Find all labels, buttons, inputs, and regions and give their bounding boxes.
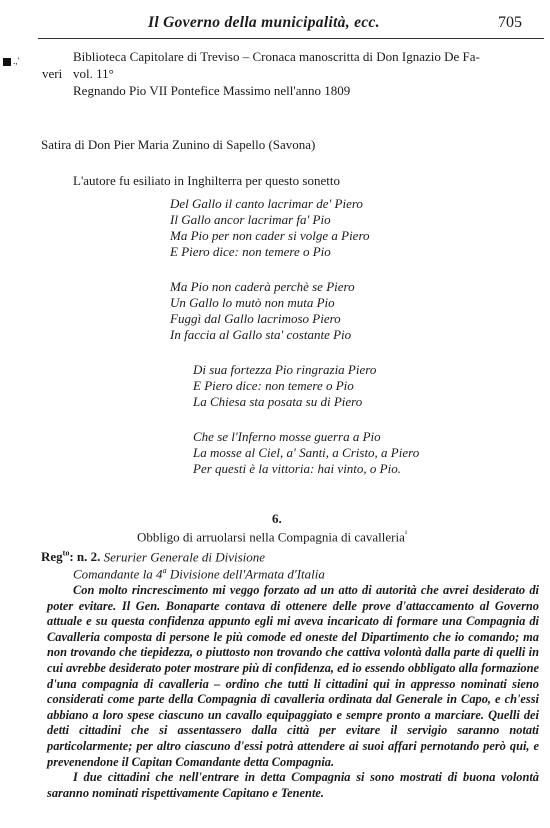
source-line-1: Biblioteca Capitolare di Treviso – Crona… [73,49,480,65]
poem-line: E Piero dice: non temere o Pio [170,244,370,260]
poem-line: Ma Pio non caderà perchè se Piero [170,279,355,295]
section-number: 6. [272,511,282,527]
poem-line: Per questi è la vittoria: hai vinto, o P… [193,461,419,477]
poem-stanza-2: Ma Pio non caderà perchè se Piero Un Gal… [170,279,355,343]
document-subtitle: Comandante la 4a Divisione dell'Armata d… [73,566,325,582]
source-line-2-margin: veri [42,66,62,82]
registry-line: Regto: n. 2. Serurier Generale di Divisi… [41,549,265,565]
registry-title: Serurier Generale di Divisione [104,549,265,564]
poem-line: Ma Pio per non cader si volge a Piero [170,228,370,244]
page-number: 705 [498,14,522,32]
section-title: Obbligo di arruolarsi nella Compagnia di… [137,529,407,545]
poem-line: In faccia al Gallo sta' costante Pio [170,327,355,343]
satire-title: Satira di Don Pier Maria Zunino di Sapel… [41,137,315,153]
poem-line: Il Gallo ancor lacrimar fa' Pio [170,212,370,228]
document-paragraph-2: I due cittadini che nell'entrare in dett… [47,770,539,801]
poem-line: E Piero dice: non temere o Pio [193,378,376,394]
registry-label: Regto: n. 2. [41,549,100,564]
poem-line: Fuggì dal Gallo lacrimoso Piero [170,311,355,327]
section-title-text: Obbligo di arruolarsi nella Compagnia di… [137,529,405,544]
document-body: Con molto rincrescimento mi veggo forzat… [47,583,539,801]
header-rule [38,38,544,39]
poem-stanza-1: Del Gallo il canto lacrimar de' Piero Il… [170,196,370,260]
poem-stanza-4: Che se l'Inferno mosse guerra a Pio La m… [193,429,419,477]
source-line-3: Regnando Pio VII Pontefice Massimo nell'… [73,83,350,99]
poem-line: Che se l'Inferno mosse guerra a Pio [193,429,419,445]
poem-stanza-3: Di sua fortezza Pio ringrazia Piero E Pi… [193,362,376,410]
poem-line: Un Gallo lo mutò non muta Pio [170,295,355,311]
margin-marker-icon [3,58,11,66]
poem-line: La mosse al Ciel, a' Santi, a Cristo, a … [193,445,419,461]
poem-line: Di sua fortezza Pio ringrazia Piero [193,362,376,378]
margin-marker-dot-icon: .,' [13,56,19,66]
document-paragraph-1: Con molto rincrescimento mi veggo forzat… [47,583,539,770]
footnote-mark[interactable]: ¹ [405,529,407,538]
source-line-2: vol. 11° [73,66,114,82]
satire-note: L'autore fu esiliato in Inghilterra per … [73,173,340,189]
poem-line: La Chiesa sta posata su di Piero [193,394,376,410]
running-header-title: Il Governo della municipalità, ecc. [148,14,380,32]
poem-line: Del Gallo il canto lacrimar de' Piero [170,196,370,212]
